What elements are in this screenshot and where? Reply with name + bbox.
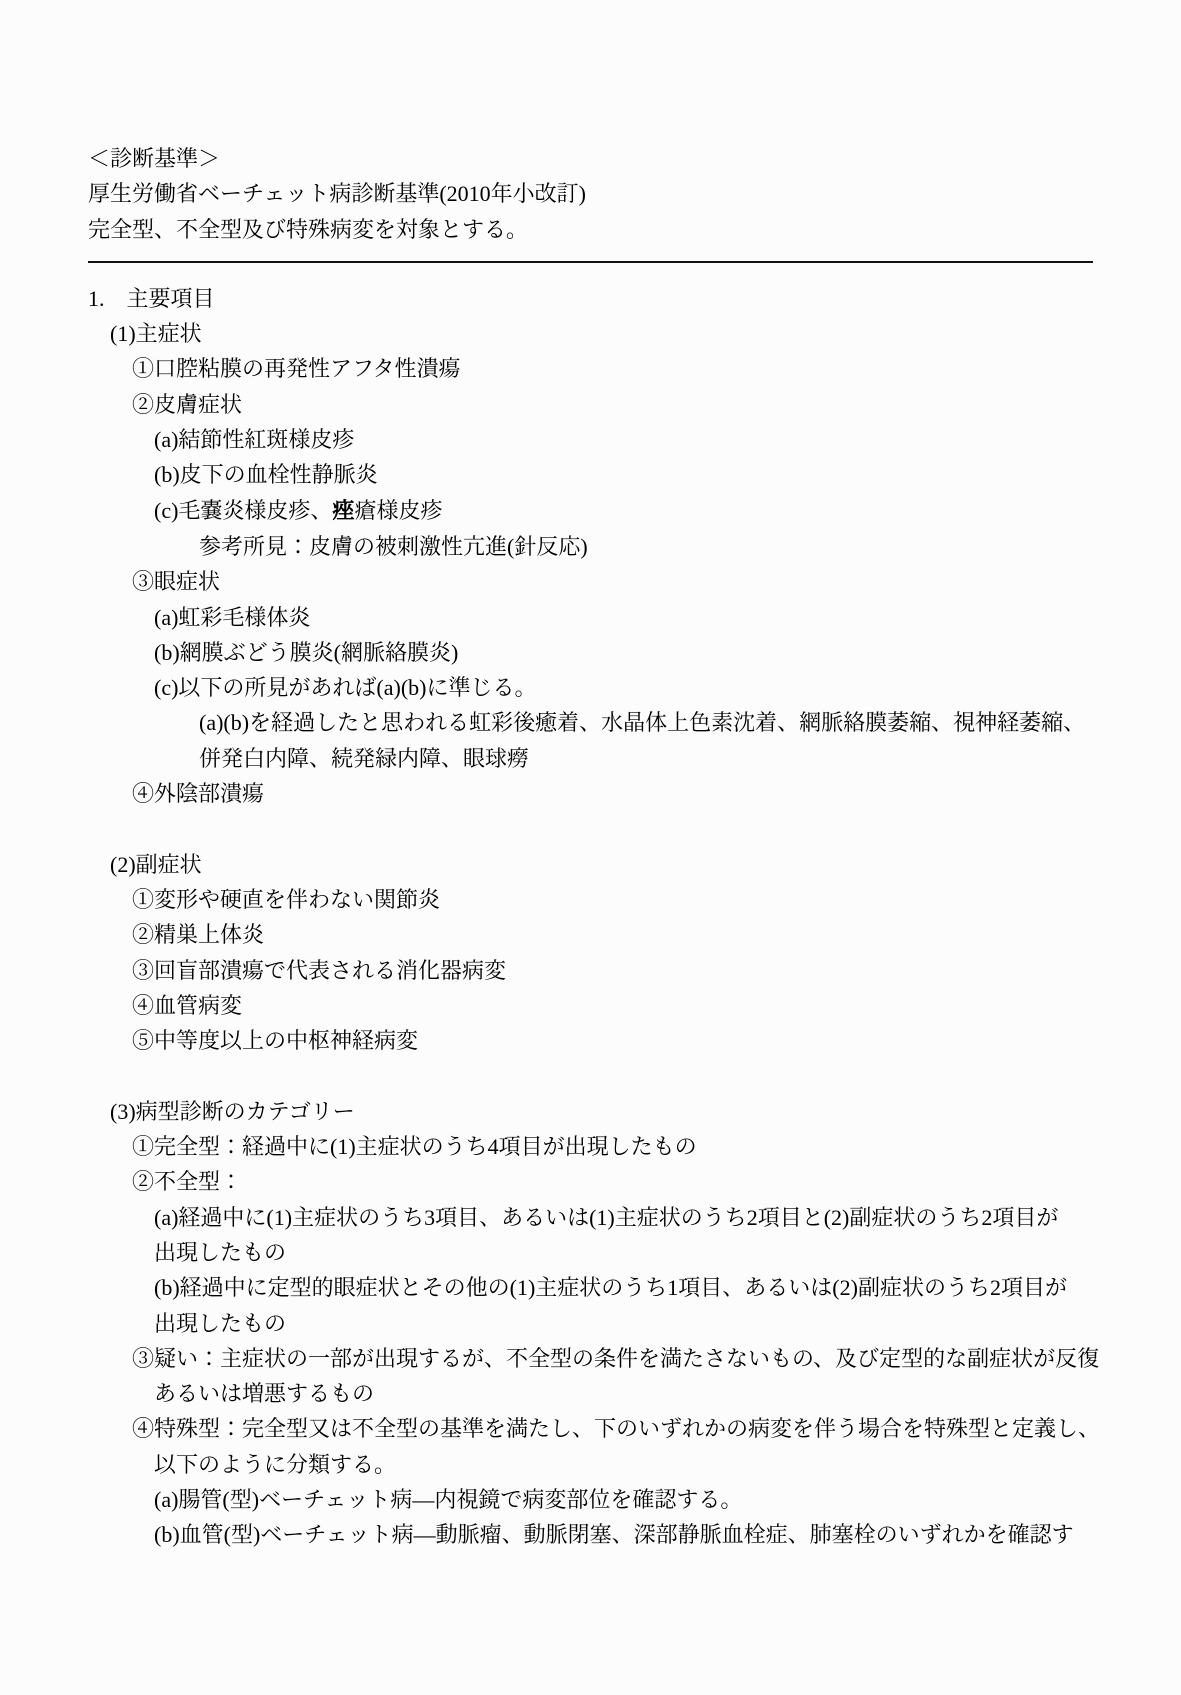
text-segment: (a)経過中に(1)主症状のうち3項目、あるいは(1)主症状のうち2項目と(2)… [154, 1205, 1058, 1230]
text-segment: (c)毛嚢炎様皮疹、 [154, 498, 332, 523]
text-line: ⑤中等度以上の中枢神経病変 [88, 1023, 1093, 1058]
text-line: (c)毛嚢炎様皮疹、痤瘡様皮疹 [88, 493, 1093, 529]
text-segment: ④血管病変 [132, 993, 242, 1018]
text-line: ①変形や硬直を伴わない関節炎 [88, 882, 1093, 917]
text-line [88, 1058, 1093, 1093]
header-subtitle: 厚生労働省ベーチェット病診断基準(2010年小改訂) [88, 176, 1093, 211]
document-lines: 1. 主要項目(1)主症状①口腔粘膜の再発性アフタ性潰瘍②皮膚症状(a)結節性紅… [88, 281, 1093, 1553]
text-segment: (a)結節性紅斑様皮疹 [154, 427, 354, 452]
text-line: ④血管病変 [88, 988, 1093, 1023]
text-line: 出現したもの [88, 1235, 1093, 1270]
text-segment: ②精巣上体炎 [132, 922, 264, 947]
text-segment: ③回盲部潰瘍で代表される消化器病変 [132, 958, 506, 983]
text-segment: 出現したもの [154, 1311, 286, 1336]
text-segment: ①完全型：経過中に(1)主症状のうち4項目が出現したもの [132, 1134, 697, 1159]
text-line [88, 811, 1093, 846]
text-segment: ④外陰部潰瘍 [132, 781, 264, 806]
text-line: (2)副症状 [88, 847, 1093, 882]
text-line: (a)腸管(型)ベーチェット病―内視鏡で病変部位を確認する。 [88, 1482, 1093, 1517]
text-segment: 参考所見：皮膚の被刺激性亢進(針反応) [199, 534, 588, 559]
text-segment: ⑤中等度以上の中枢神経病変 [132, 1028, 418, 1053]
text-line: ①口腔粘膜の再発性アフタ性潰瘍 [88, 351, 1093, 386]
text-line: ③回盲部潰瘍で代表される消化器病変 [88, 953, 1093, 988]
text-line: ②皮膚症状 [88, 387, 1093, 422]
text-segment: (b)網膜ぶどう膜炎(網脈絡膜炎) [154, 640, 458, 665]
text-segment: (b)経過中に定型的眼症状とその他の(1)主症状のうち1項目、あるいは(2)副症… [154, 1275, 1067, 1300]
text-line: (b)血管(型)ベーチェット病―動脈瘤、動脈閉塞、深部静脈血栓症、肺塞栓のいずれ… [88, 1517, 1093, 1552]
text-line: ④外陰部潰瘍 [88, 776, 1093, 811]
text-line: 併発白内障、続発緑内障、眼球癆 [88, 741, 1093, 776]
text-line: 以下のように分類する。 [88, 1447, 1093, 1482]
text-line: (a)(b)を経過したと思われる虹彩後癒着、水晶体上色素沈着、網脈絡膜萎縮、視神… [88, 705, 1093, 740]
text-segment: (3)病型診断のカテゴリー [110, 1099, 355, 1124]
header-scope: 完全型、不全型及び特殊病変を対象とする。 [88, 212, 1093, 247]
text-line: (3)病型診断のカテゴリー [88, 1094, 1093, 1129]
text-segment: 瘡様皮疹 [354, 498, 442, 523]
text-segment: ③眼症状 [132, 569, 220, 594]
text-line: 1. 主要項目 [88, 281, 1093, 316]
text-line: (b)皮下の血栓性静脈炎 [88, 457, 1093, 492]
section-divider [88, 261, 1093, 263]
text-line: 出現したもの [88, 1306, 1093, 1341]
alt-font-glyph: 痤 [332, 498, 354, 524]
header-title: ＜診断基準＞ [88, 141, 1093, 176]
text-segment: 出現したもの [154, 1240, 286, 1265]
text-segment: 併発白内障、続発緑内障、眼球癆 [199, 746, 529, 771]
text-line: ③疑い：主症状の一部が出現するが、不全型の条件を満たさないもの、及び定型的な副症… [88, 1341, 1093, 1376]
text-segment: ②皮膚症状 [132, 392, 242, 417]
text-line: (a)虹彩毛様体炎 [88, 600, 1093, 635]
text-line: (b)経過中に定型的眼症状とその他の(1)主症状のうち1項目、あるいは(2)副症… [88, 1270, 1093, 1305]
text-segment: (a)虹彩毛様体炎 [154, 605, 310, 630]
text-line: (a)経過中に(1)主症状のうち3項目、あるいは(1)主症状のうち2項目と(2)… [88, 1200, 1093, 1235]
text-line: ④特殊型：完全型又は不全型の基準を満たし、下のいずれかの病変を伴う場合を特殊型と… [88, 1411, 1093, 1446]
text-segment: (a)腸管(型)ベーチェット病―内視鏡で病変部位を確認する。 [154, 1487, 742, 1512]
text-segment: (b)皮下の血栓性静脈炎 [154, 462, 378, 487]
text-segment: あるいは増悪するもの [154, 1381, 374, 1406]
text-segment: ③疑い：主症状の一部が出現するが、不全型の条件を満たさないもの、及び定型的な副症… [132, 1346, 1099, 1371]
text-line: ③眼症状 [88, 564, 1093, 599]
text-segment: (a)(b)を経過したと思われる虹彩後癒着、水晶体上色素沈着、網脈絡膜萎縮、視神… [199, 710, 1085, 735]
text-segment: 以下のように分類する。 [154, 1452, 396, 1477]
text-line: あるいは増悪するもの [88, 1376, 1093, 1411]
text-line: ②精巣上体炎 [88, 917, 1093, 952]
text-line: ①完全型：経過中に(1)主症状のうち4項目が出現したもの [88, 1129, 1093, 1164]
text-line: (b)網膜ぶどう膜炎(網脈絡膜炎) [88, 635, 1093, 670]
text-line: (a)結節性紅斑様皮疹 [88, 422, 1093, 457]
text-segment: ④特殊型：完全型又は不全型の基準を満たし、下のいずれかの病変を伴う場合を特殊型と… [132, 1416, 1100, 1441]
text-segment: (b)血管(型)ベーチェット病―動脈瘤、動脈閉塞、深部静脈血栓症、肺塞栓のいずれ… [154, 1522, 1074, 1547]
text-segment: 1. 主要項目 [88, 286, 215, 311]
text-segment: (1)主症状 [110, 321, 202, 346]
text-line: (1)主症状 [88, 316, 1093, 351]
document-header: ＜診断基準＞ 厚生労働省ベーチェット病診断基準(2010年小改訂) 完全型、不全… [88, 141, 1093, 247]
text-segment: (c)以下の所見があれば(a)(b)に準じる。 [154, 675, 537, 700]
text-segment: ①口腔粘膜の再発性アフタ性潰瘍 [132, 356, 460, 381]
text-segment: (2)副症状 [110, 852, 202, 877]
text-line: 参考所見：皮膚の被刺激性亢進(針反応) [88, 529, 1093, 564]
text-line: ②不全型： [88, 1164, 1093, 1199]
text-line: (c)以下の所見があれば(a)(b)に準じる。 [88, 670, 1093, 705]
text-segment: ①変形や硬直を伴わない関節炎 [132, 887, 440, 912]
document-page: ＜診断基準＞ 厚生労働省ベーチェット病診断基準(2010年小改訂) 完全型、不全… [0, 0, 1181, 1695]
text-segment: ②不全型： [132, 1169, 242, 1194]
